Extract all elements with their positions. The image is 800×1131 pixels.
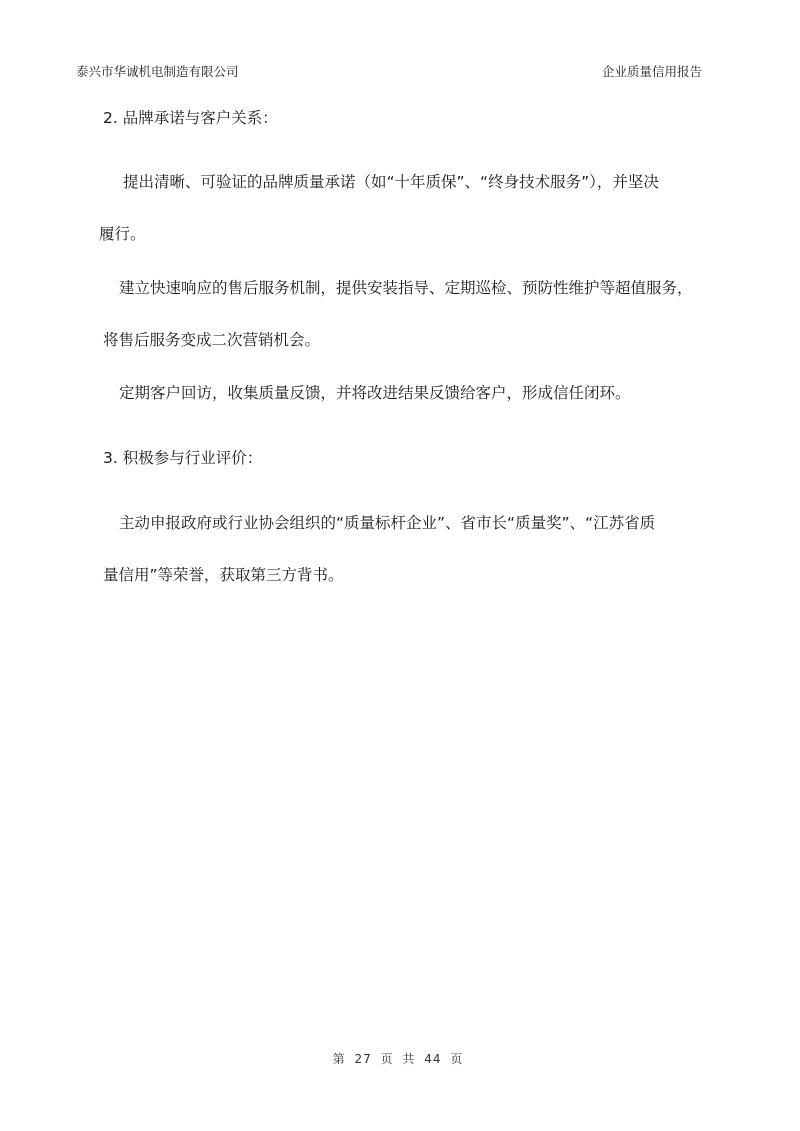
paragraph-line: 履行。 (99, 220, 703, 272)
paragraph-brand-promise: 提出清晰、可验证的品牌质量承诺（如“十年质保”、“终身技术服务”），并坚决 履行… (103, 168, 703, 272)
paragraph-customer-followup: 定期客户回访，收集质量反馈，并将改进结果反馈给客户，形成信任闭环。 (103, 379, 703, 431)
page-header: 泰兴市华诚机电制造有限公司 企业质量信用报告 (76, 62, 702, 80)
paragraph-line: 量信用”等荣誉，获取第三方背书。 (103, 561, 703, 613)
footer-page-word-2: 页 (450, 1052, 463, 1066)
section-heading-industry-evaluation: 3. 积极参与行业评价： (103, 444, 262, 472)
report-title: 企业质量信用报告 (602, 62, 702, 80)
total-pages-number: 44 (424, 1052, 441, 1066)
footer-page-word: 页 (381, 1052, 394, 1066)
paragraph-honors: 主动申报政府或行业协会组织的“质量标杆企业”、省市长“质量奖”、“江苏省质 量信… (103, 509, 703, 613)
paragraph-after-sales: 建立快速响应的售后服务机制，提供安装指导、定期巡检、预防性维护等超值服务， 将售… (103, 274, 703, 378)
paragraph-line: 定期客户回访，收集质量反馈，并将改进结果反馈给客户，形成信任闭环。 (103, 379, 703, 431)
paragraph-line: 提出清晰、可验证的品牌质量承诺（如“十年质保”、“终身技术服务”），并坚决 (103, 168, 703, 220)
page-footer: 第 27 页 共 44 页 (0, 1050, 800, 1067)
paragraph-line: 将售后服务变成二次营销机会。 (103, 326, 703, 378)
footer-total-prefix: 共 (402, 1052, 415, 1066)
paragraph-line: 建立快速响应的售后服务机制，提供安装指导、定期巡检、预防性维护等超值服务， (103, 274, 703, 326)
section-heading-brand-commitment: 2. 品牌承诺与客户关系： (103, 104, 278, 132)
current-page-number: 27 (354, 1052, 371, 1066)
company-name: 泰兴市华诚机电制造有限公司 (76, 62, 239, 80)
footer-prefix: 第 (333, 1052, 346, 1066)
paragraph-line: 主动申报政府或行业协会组织的“质量标杆企业”、省市长“质量奖”、“江苏省质 (103, 509, 703, 561)
